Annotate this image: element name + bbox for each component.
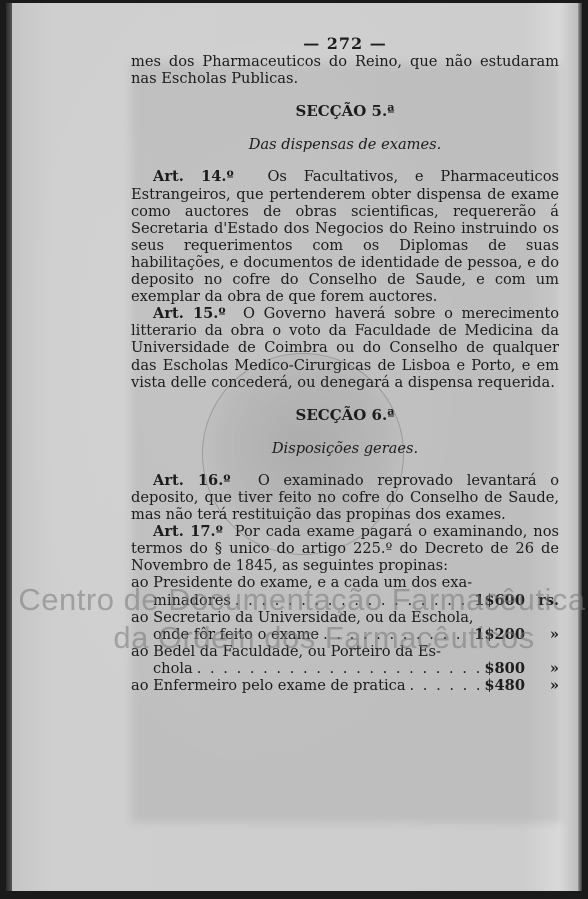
article-label: Art. 14.º [153, 168, 234, 185]
section-subtitle: Das dispensas de exames. [131, 136, 559, 153]
fee-unit: » [525, 677, 559, 694]
article-paragraph: Art. 17.º Por cada exame pagará o examin… [131, 523, 559, 574]
page-number: — 272 — [131, 35, 559, 52]
article-paragraph: Art. 16.º O examinado reprovado levantar… [131, 472, 559, 523]
article-paragraph: Art. 15.º O Governo haverá sobre o merec… [131, 305, 559, 390]
fee-entry: ao Enfermeiro pelo exame de pratica $480… [131, 677, 559, 694]
section-subtitle: Disposições geraes. [131, 440, 559, 457]
section-title: SECÇÃO 5.ª [131, 103, 559, 120]
page-left-edge [6, 3, 12, 891]
leader-dots [197, 660, 481, 677]
fee-row: ao Enfermeiro pelo exame de pratica $480… [131, 677, 559, 694]
fee-unit: » [525, 660, 559, 677]
continuation-paragraph: mes dos Pharmaceuticos do Reino, que não… [131, 53, 559, 87]
archive-watermark-line1: Centro de Documentação Farmacêutica [8, 582, 588, 618]
scanned-page: — 272 — mes dos Pharmaceuticos do Reino,… [6, 3, 582, 891]
page-right-edge [578, 3, 582, 891]
fee-label: ao Enfermeiro pelo exame de pratica [131, 677, 406, 694]
archive-watermark-line2: da Ordem dos Farmacêuticos [30, 620, 588, 656]
fee-amount: $480 [484, 677, 525, 694]
article-text: Os Facultativos, e Pharmaceuticos Estran… [131, 168, 559, 305]
article-paragraph: Art. 14.º Os Facultativos, e Pharmaceuti… [131, 168, 559, 305]
leader-dots [410, 677, 481, 694]
article-label: Art. 15.º [153, 305, 226, 322]
section-title: SECÇÃO 6.ª [131, 407, 559, 424]
article-label: Art. 17.º [153, 523, 223, 540]
fee-row: chola $800 » [131, 660, 559, 677]
article-label: Art. 16.º [153, 472, 231, 489]
fee-label: chola [153, 660, 193, 677]
fee-amount: $800 [484, 660, 525, 677]
